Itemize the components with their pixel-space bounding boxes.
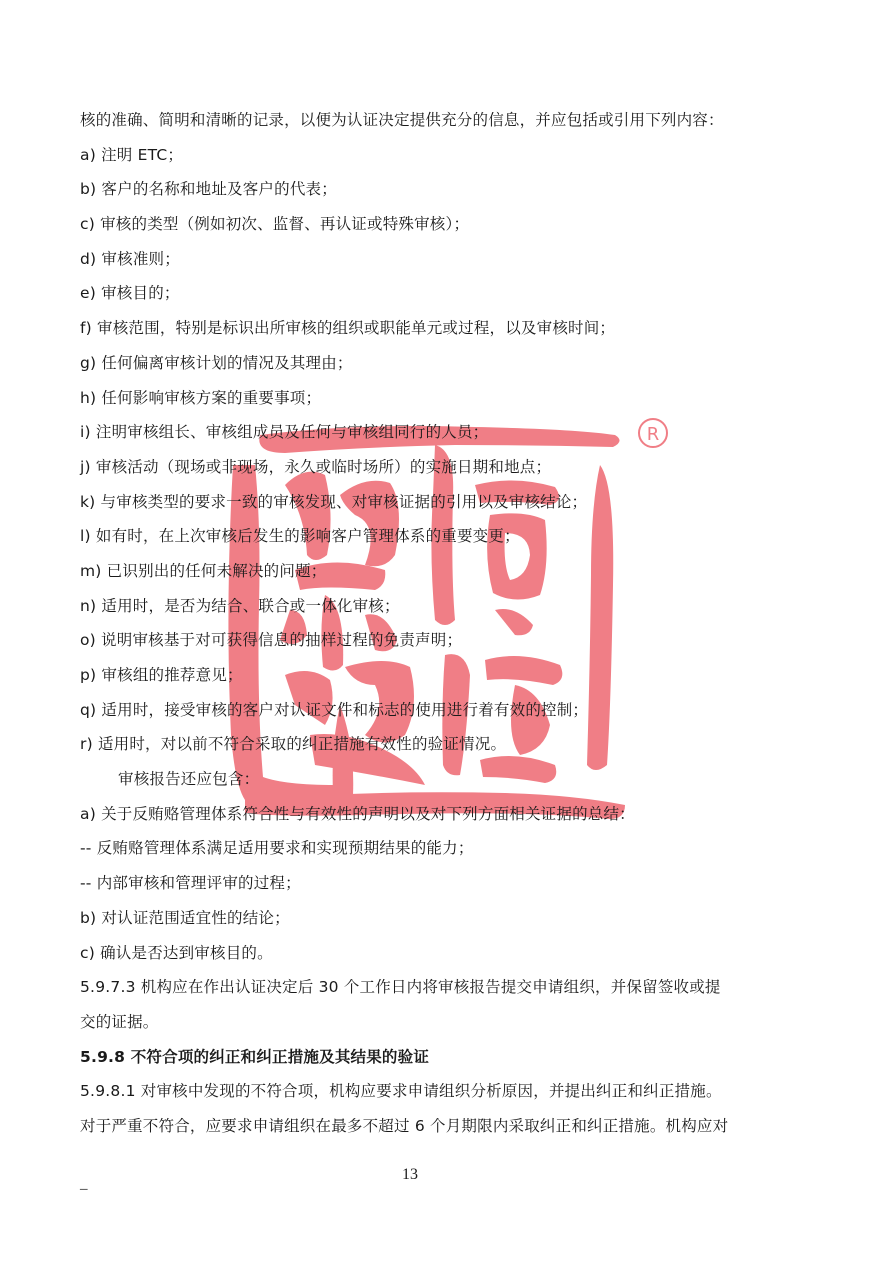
list-item: d) 审核准则； — [80, 245, 815, 280]
list-item: c) 审核的类型（例如初次、监督、再认证或特殊审核）； — [80, 210, 815, 245]
list-item: c) 确认是否达到审核目的。 — [80, 939, 815, 974]
list-item: j) 审核活动（现场或非现场，永久或临时场所）的实施日期和地点； — [80, 453, 815, 488]
list-item: g) 任何偏离审核计划的情况及其理由； — [80, 349, 815, 384]
list-item: l) 如有时，在上次审核后发生的影响客户管理体系的重要变更； — [80, 522, 815, 557]
clause-paragraph: 5.9.8.1 对审核中发现的不符合项，机构应要求申请组织分析原因，并提出纠正和… — [80, 1077, 815, 1112]
clause-paragraph-continued: 对于严重不符合，应要求申请组织在最多不超过 6 个月期限内采取纠正和纠正措施。机… — [80, 1112, 815, 1147]
clause-paragraph-continued: 交的证据。 — [80, 1008, 815, 1043]
list-item: n) 适用时，是否为结合、联合或一体化审核； — [80, 592, 815, 627]
sub-list-item: -- 内部审核和管理评审的过程； — [80, 869, 815, 904]
paragraph-line: 核的准确、简明和清晰的记录，以便为认证决定提供充分的信息，并应包括或引用下列内容… — [80, 106, 815, 141]
list-item: e) 审核目的； — [80, 279, 815, 314]
clause-paragraph: 5.9.7.3 机构应在作出认证决定后 30 个工作日内将审核报告提交申请组织，… — [80, 973, 815, 1008]
paragraph-line: 审核报告还应包含： — [80, 765, 815, 800]
list-item: b) 对认证范围适宜性的结论； — [80, 904, 815, 939]
list-item: m) 已识别出的任何未解决的问题； — [80, 557, 815, 592]
list-item: a) 关于反贿赂管理体系符合性与有效性的声明以及对下列方面相关证据的总结： — [80, 800, 815, 835]
list-item: i) 注明审核组长、审核组成员及任何与审核组同行的人员； — [80, 418, 815, 453]
list-item: o) 说明审核基于对可获得信息的抽样过程的免责声明； — [80, 626, 815, 661]
list-item: r) 适用时，对以前不符合采取的纠正措施有效性的验证情况。 — [80, 730, 815, 765]
list-item: b) 客户的名称和地址及客户的代表； — [80, 175, 815, 210]
footer-underscore-mark: _ — [80, 1176, 88, 1193]
sub-list-item: -- 反贿赂管理体系满足适用要求和实现预期结果的能力； — [80, 834, 815, 869]
list-item: f) 审核范围，特别是标识出所审核的组织或职能单元或过程，以及审核时间； — [80, 314, 815, 349]
list-item: a) 注明 ETC； — [80, 141, 815, 176]
list-item: p) 审核组的推荐意见； — [80, 661, 815, 696]
section-heading: 5.9.8 不符合项的纠正和纠正措施及其结果的验证 — [80, 1043, 815, 1078]
document-page: R 核的准确、简明和清晰的记录，以便为认证决定提供充分的信息，并应包括或引用下列… — [0, 0, 892, 1262]
document-body: 核的准确、简明和清晰的记录，以便为认证决定提供充分的信息，并应包括或引用下列内容… — [80, 106, 815, 1147]
list-item: k) 与审核类型的要求一致的审核发现、对审核证据的引用以及审核结论； — [80, 488, 815, 523]
list-item: h) 任何影响审核方案的重要事项； — [80, 384, 815, 419]
page-number: 13 — [402, 1166, 418, 1184]
list-item: q) 适用时，接受审核的客户对认证文件和标志的使用进行着有效的控制； — [80, 696, 815, 731]
